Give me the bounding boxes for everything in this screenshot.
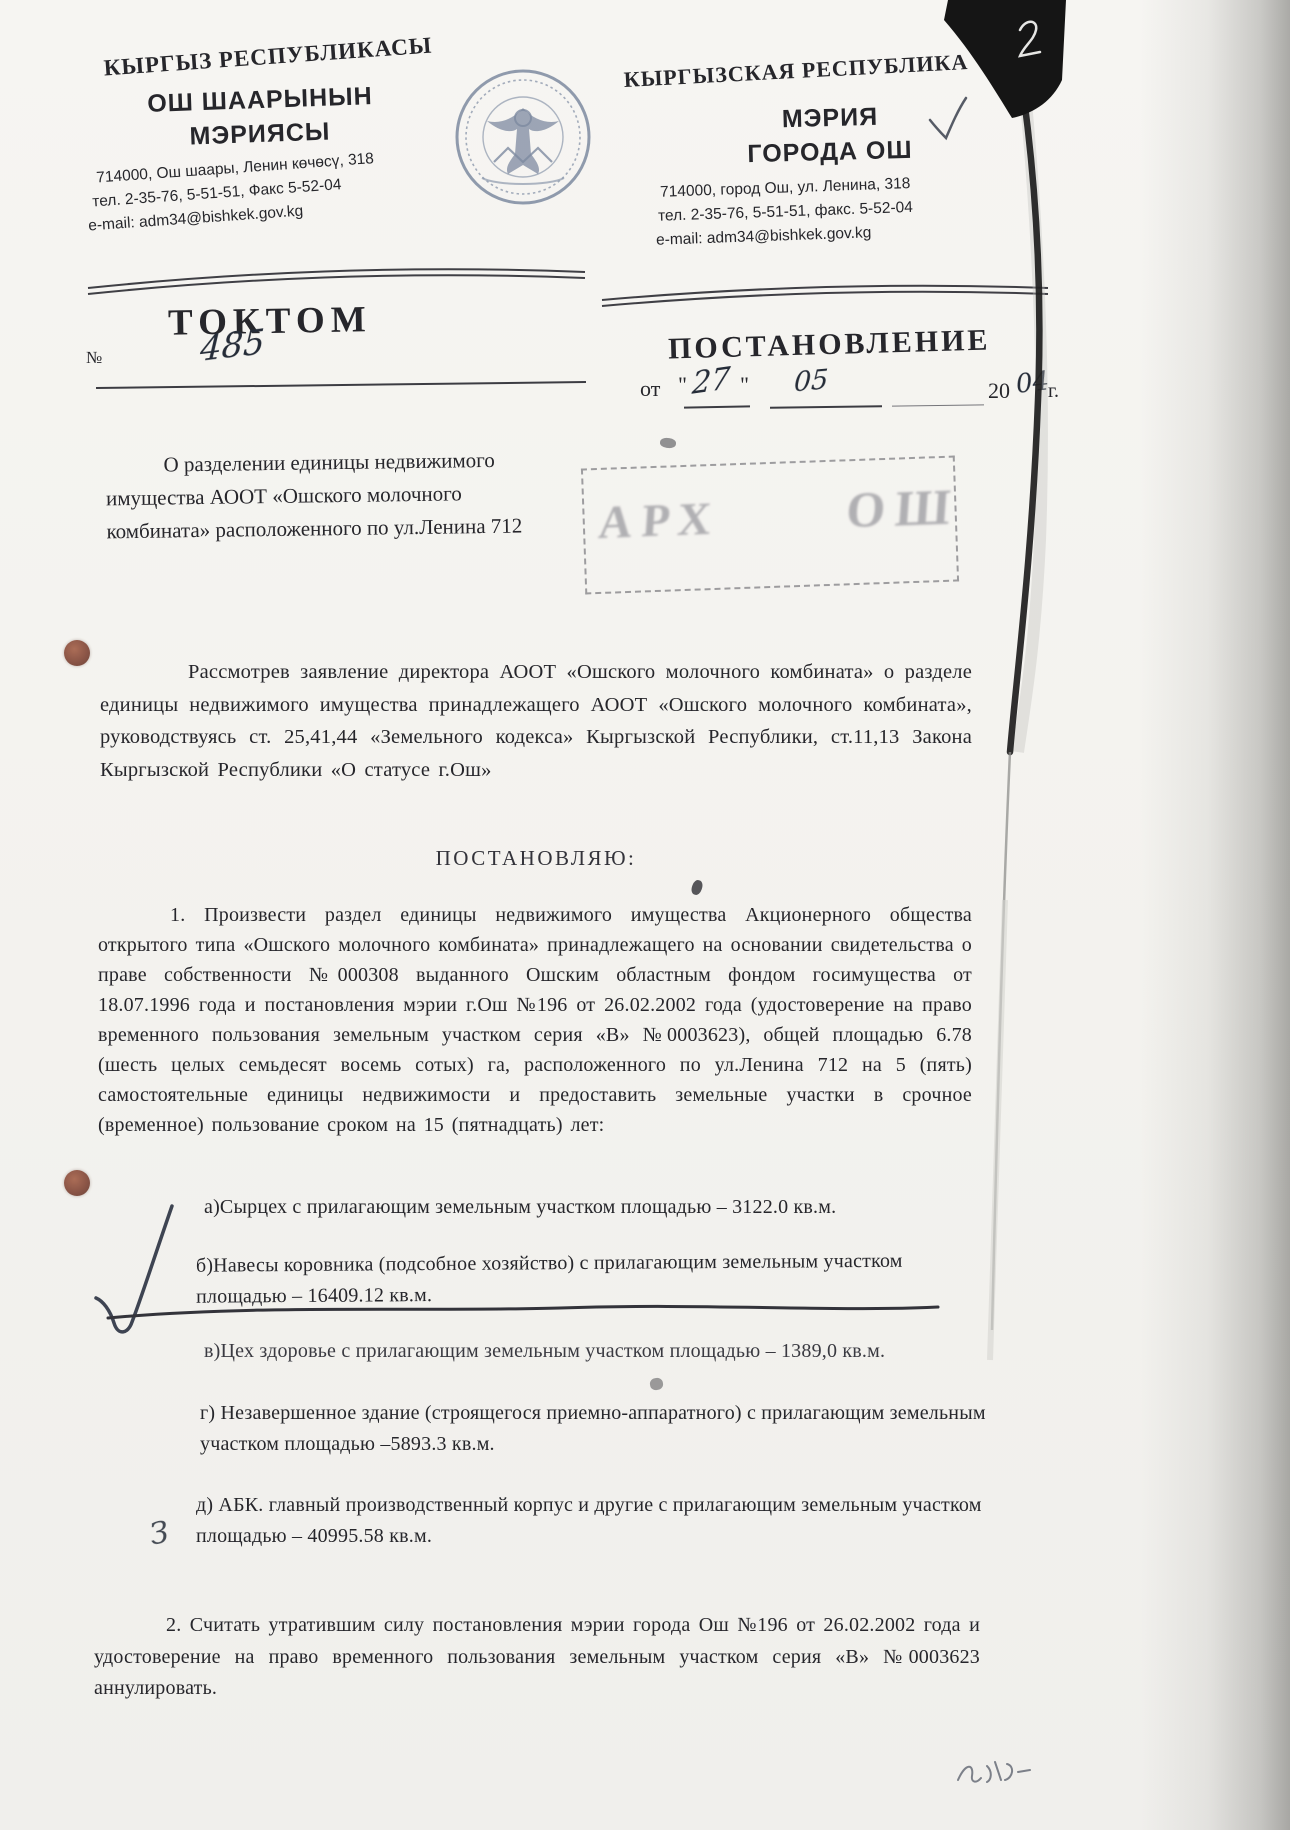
- date-blank-underline: [892, 404, 984, 406]
- doc-number-handwritten: 485: [199, 322, 266, 370]
- date-year-handwritten: 04: [1015, 366, 1051, 399]
- date-year-printed: 20: [988, 378, 1010, 404]
- header-right-email: e-mail: adm34@bishkek.gov.kg: [656, 220, 986, 250]
- emblem-falcon: [487, 108, 559, 174]
- header-left-org-line1: ОШ ШААРЫНЫН: [110, 81, 411, 120]
- sub-item-g: г) Незавершенное здание (строящегося при…: [200, 1398, 990, 1460]
- intro-paragraph: Рассмотрев заявление директора АООТ «Ошс…: [100, 656, 972, 786]
- date-quote-close: ": [740, 372, 749, 398]
- header-right-rule-bottom: [602, 292, 1048, 306]
- archive-stamp-text-left: АРХ: [597, 492, 723, 549]
- header-left-rule-bottom: [88, 275, 585, 294]
- item-2-paragraph: 2. Считать утратившим силу постановления…: [94, 1610, 980, 1705]
- subject-line-3: комбината» расположенного по ул.Ленина 7…: [106, 509, 586, 549]
- header-right-org-line1: МЭРИЯ: [690, 100, 971, 136]
- header-left-country: КЫРГЫЗ РЕСПУБЛИКАСЫ: [88, 31, 449, 82]
- doc-title-toktom: ТОКТОМ: [168, 298, 372, 345]
- emblem-wreath: [482, 178, 564, 184]
- toner-smudge-3: [660, 437, 677, 449]
- header-right-org-line2: ГОРОДА ОШ: [690, 134, 971, 170]
- toner-smudge-1: [690, 879, 704, 896]
- archive-stamp-text-right: ОШ: [845, 477, 963, 539]
- page-edge-faint-line: [992, 752, 1010, 1330]
- date-day-handwritten: 27: [691, 361, 731, 402]
- sub-item-b: б)Навесы коровника (подсобное хозяйство)…: [196, 1245, 968, 1312]
- doc-title-postanovlenie: ПОСТАНОВЛЕНИЕ: [668, 324, 991, 367]
- toner-smudge-2: [649, 1377, 664, 1391]
- date-suffix: г.: [1048, 380, 1059, 403]
- date-from-label: от: [640, 376, 660, 402]
- header-right-country: КЫРГЫЗСКАЯ РЕСПУБЛИКА: [606, 48, 987, 94]
- scanned-decree-page: КЫРГЫЗ РЕСПУБЛИКАСЫ ОШ ШААРЫНЫН МЭРИЯСЫ …: [0, 0, 1290, 1830]
- page-fold-shadow: [1018, 60, 1042, 752]
- date-day-underline: [684, 405, 750, 408]
- date-month-underline: [770, 405, 882, 409]
- subject-block: О разделении единицы недвижимого имущест…: [105, 443, 586, 549]
- doc-number-label: №: [86, 348, 102, 368]
- header-left-org-line2: МЭРИЯСЫ: [110, 115, 411, 154]
- corner-handwritten-mark: [1020, 22, 1040, 56]
- kyrgyz-emblem-icon: [452, 66, 594, 208]
- sub-item-d: д) АБК. главный производственный корпус …: [196, 1490, 1002, 1552]
- archive-stamp: АРХ ОШ: [581, 456, 959, 595]
- resolution-heading: ПОСТАНОВЛЯЮ:: [100, 846, 972, 871]
- margin-mark-handwritten: З: [147, 1515, 171, 1553]
- handwritten-scribble-bottom-right: [958, 1762, 1030, 1782]
- date-quote-open: ": [678, 372, 687, 398]
- punch-hole-bottom: [64, 1170, 90, 1196]
- punch-hole-top: [64, 640, 90, 666]
- number-underline: [96, 381, 586, 389]
- sub-item-a: а)Сырцех с прилагающим земельным участко…: [204, 1196, 984, 1219]
- header-left-rule-top: [88, 269, 585, 288]
- header-right-rule-top: [602, 286, 1048, 300]
- date-month-handwritten: 05: [793, 364, 829, 398]
- crease-line: [990, 900, 1005, 1360]
- handwritten-checkmark: [96, 1206, 172, 1332]
- item-1-paragraph: 1. Произвести раздел единицы недвижимого…: [98, 900, 972, 1140]
- sub-item-v: в)Цех здоровье с прилагающим земельным у…: [204, 1340, 1004, 1363]
- scan-edge-shading: [1140, 0, 1290, 1830]
